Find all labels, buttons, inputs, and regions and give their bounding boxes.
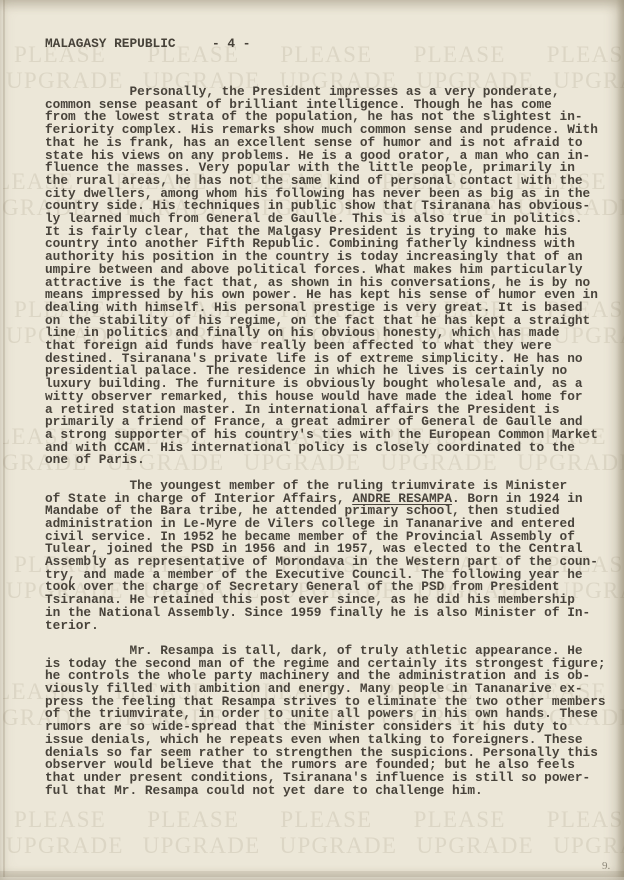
watermark-row-upgrade: UPGRADE UPGRADE UPGRADE UPGRADE UPGRADE … bbox=[6, 833, 624, 859]
paragraph-3: Mr. Resampa is tall, dark, of truly athl… bbox=[45, 643, 606, 798]
document-page: PLEASE PLEASE PLEASE PLEASE PLEASE PLEAS… bbox=[0, 0, 624, 880]
paragraph-2-rest: . Born in 1924 in Mandabe of the Bara tr… bbox=[45, 491, 598, 633]
corner-page-index: 9. bbox=[602, 860, 610, 872]
paragraph-1: Personally, the President impresses as a… bbox=[45, 84, 598, 467]
document-title: MALAGASY REPUBLIC bbox=[45, 36, 176, 51]
page-number: - 4 - bbox=[212, 36, 250, 51]
watermark-row-please: PLEASE PLEASE PLEASE PLEASE PLEASE PLEAS… bbox=[14, 807, 624, 833]
document-body: Personally, the President impresses as a… bbox=[45, 86, 606, 797]
scan-edge-bottom bbox=[0, 871, 624, 877]
